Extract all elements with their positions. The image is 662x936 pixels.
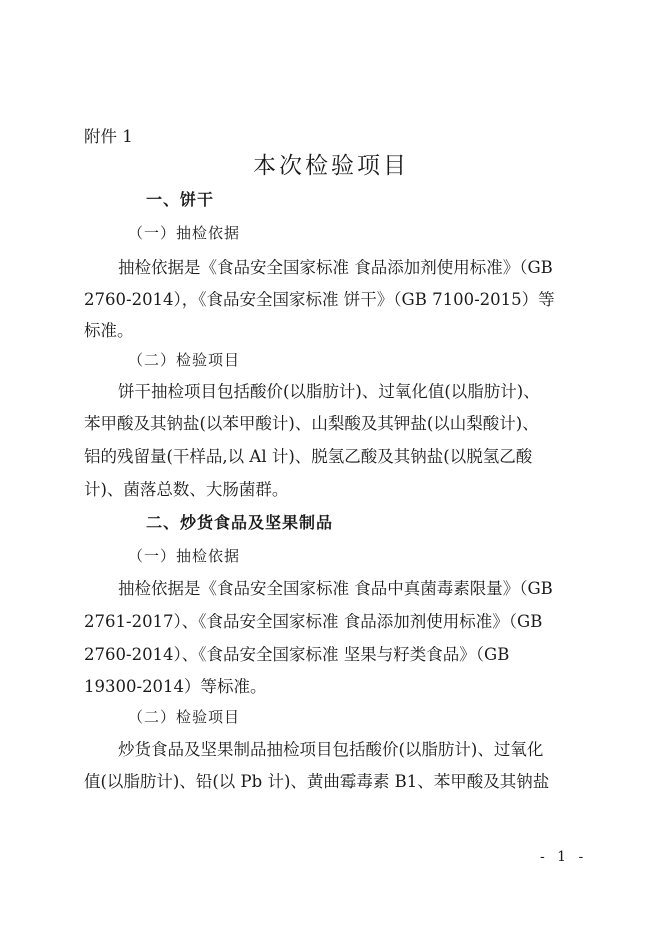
subsection-heading-items: （二）检验项目 xyxy=(128,707,240,727)
paragraph-line: 2761-2017）、《食品安全国家标准 食品添加剂使用标准》（GB xyxy=(84,612,542,632)
paragraph-line: 苯甲酸及其钠盐(以苯甲酸计)、山梨酸及其钾盐(以山梨酸计)、 xyxy=(84,414,539,434)
document-page: 附件 1 本次检验项目 一、饼干 （一）抽检依据 抽检依据是《食品安全国家标准 … xyxy=(0,0,662,936)
page-title: 本次检验项目 xyxy=(0,152,662,180)
paragraph-line: 计)、菌落总数、大肠菌群。 xyxy=(84,480,288,500)
subsection-heading-items: （二）检验项目 xyxy=(128,350,240,370)
paragraph-line: 19300-2014）等标准。 xyxy=(84,677,267,697)
page-number: - 1 - xyxy=(540,849,587,865)
paragraph-line: 标准。 xyxy=(84,321,134,341)
paragraph-line: 值(以脂肪计)、铅(以 Pb 计)、黄曲霉毒素 B1、苯甲酸及其钠盐 xyxy=(84,772,549,792)
section-heading-biscuits: 一、饼干 xyxy=(146,190,214,210)
paragraph-line: 2760-2014）、《食品安全国家标准 坚果与籽类食品》（GB xyxy=(84,645,509,665)
annex-label: 附件 1 xyxy=(84,127,133,147)
subsection-heading-basis: （一）抽检依据 xyxy=(128,223,240,243)
paragraph-line: 抽检依据是《食品安全国家标准 食品中真菌毒素限量》（GB xyxy=(118,579,553,599)
paragraph-line: 抽检依据是《食品安全国家标准 食品添加剂使用标准》（GB xyxy=(118,258,553,278)
subsection-heading-basis: （一）抽检依据 xyxy=(128,546,240,566)
paragraph-line: 2760-2014），《食品安全国家标准 饼干》（GB 7100-2015）等 xyxy=(84,290,555,310)
paragraph-line: 铝的残留量(干样品,以 Al 计)、脱氢乙酸及其钠盐(以脱氢乙酸 xyxy=(84,447,532,467)
paragraph-line: 炒货食品及坚果制品抽检项目包括酸价(以脂肪计)、过氧化 xyxy=(118,740,543,760)
section-heading-nuts: 二、炒货食品及坚果制品 xyxy=(146,513,333,533)
paragraph-line: 饼干抽检项目包括酸价(以脂肪计)、过氧化值(以脂肪计)、 xyxy=(118,382,540,402)
